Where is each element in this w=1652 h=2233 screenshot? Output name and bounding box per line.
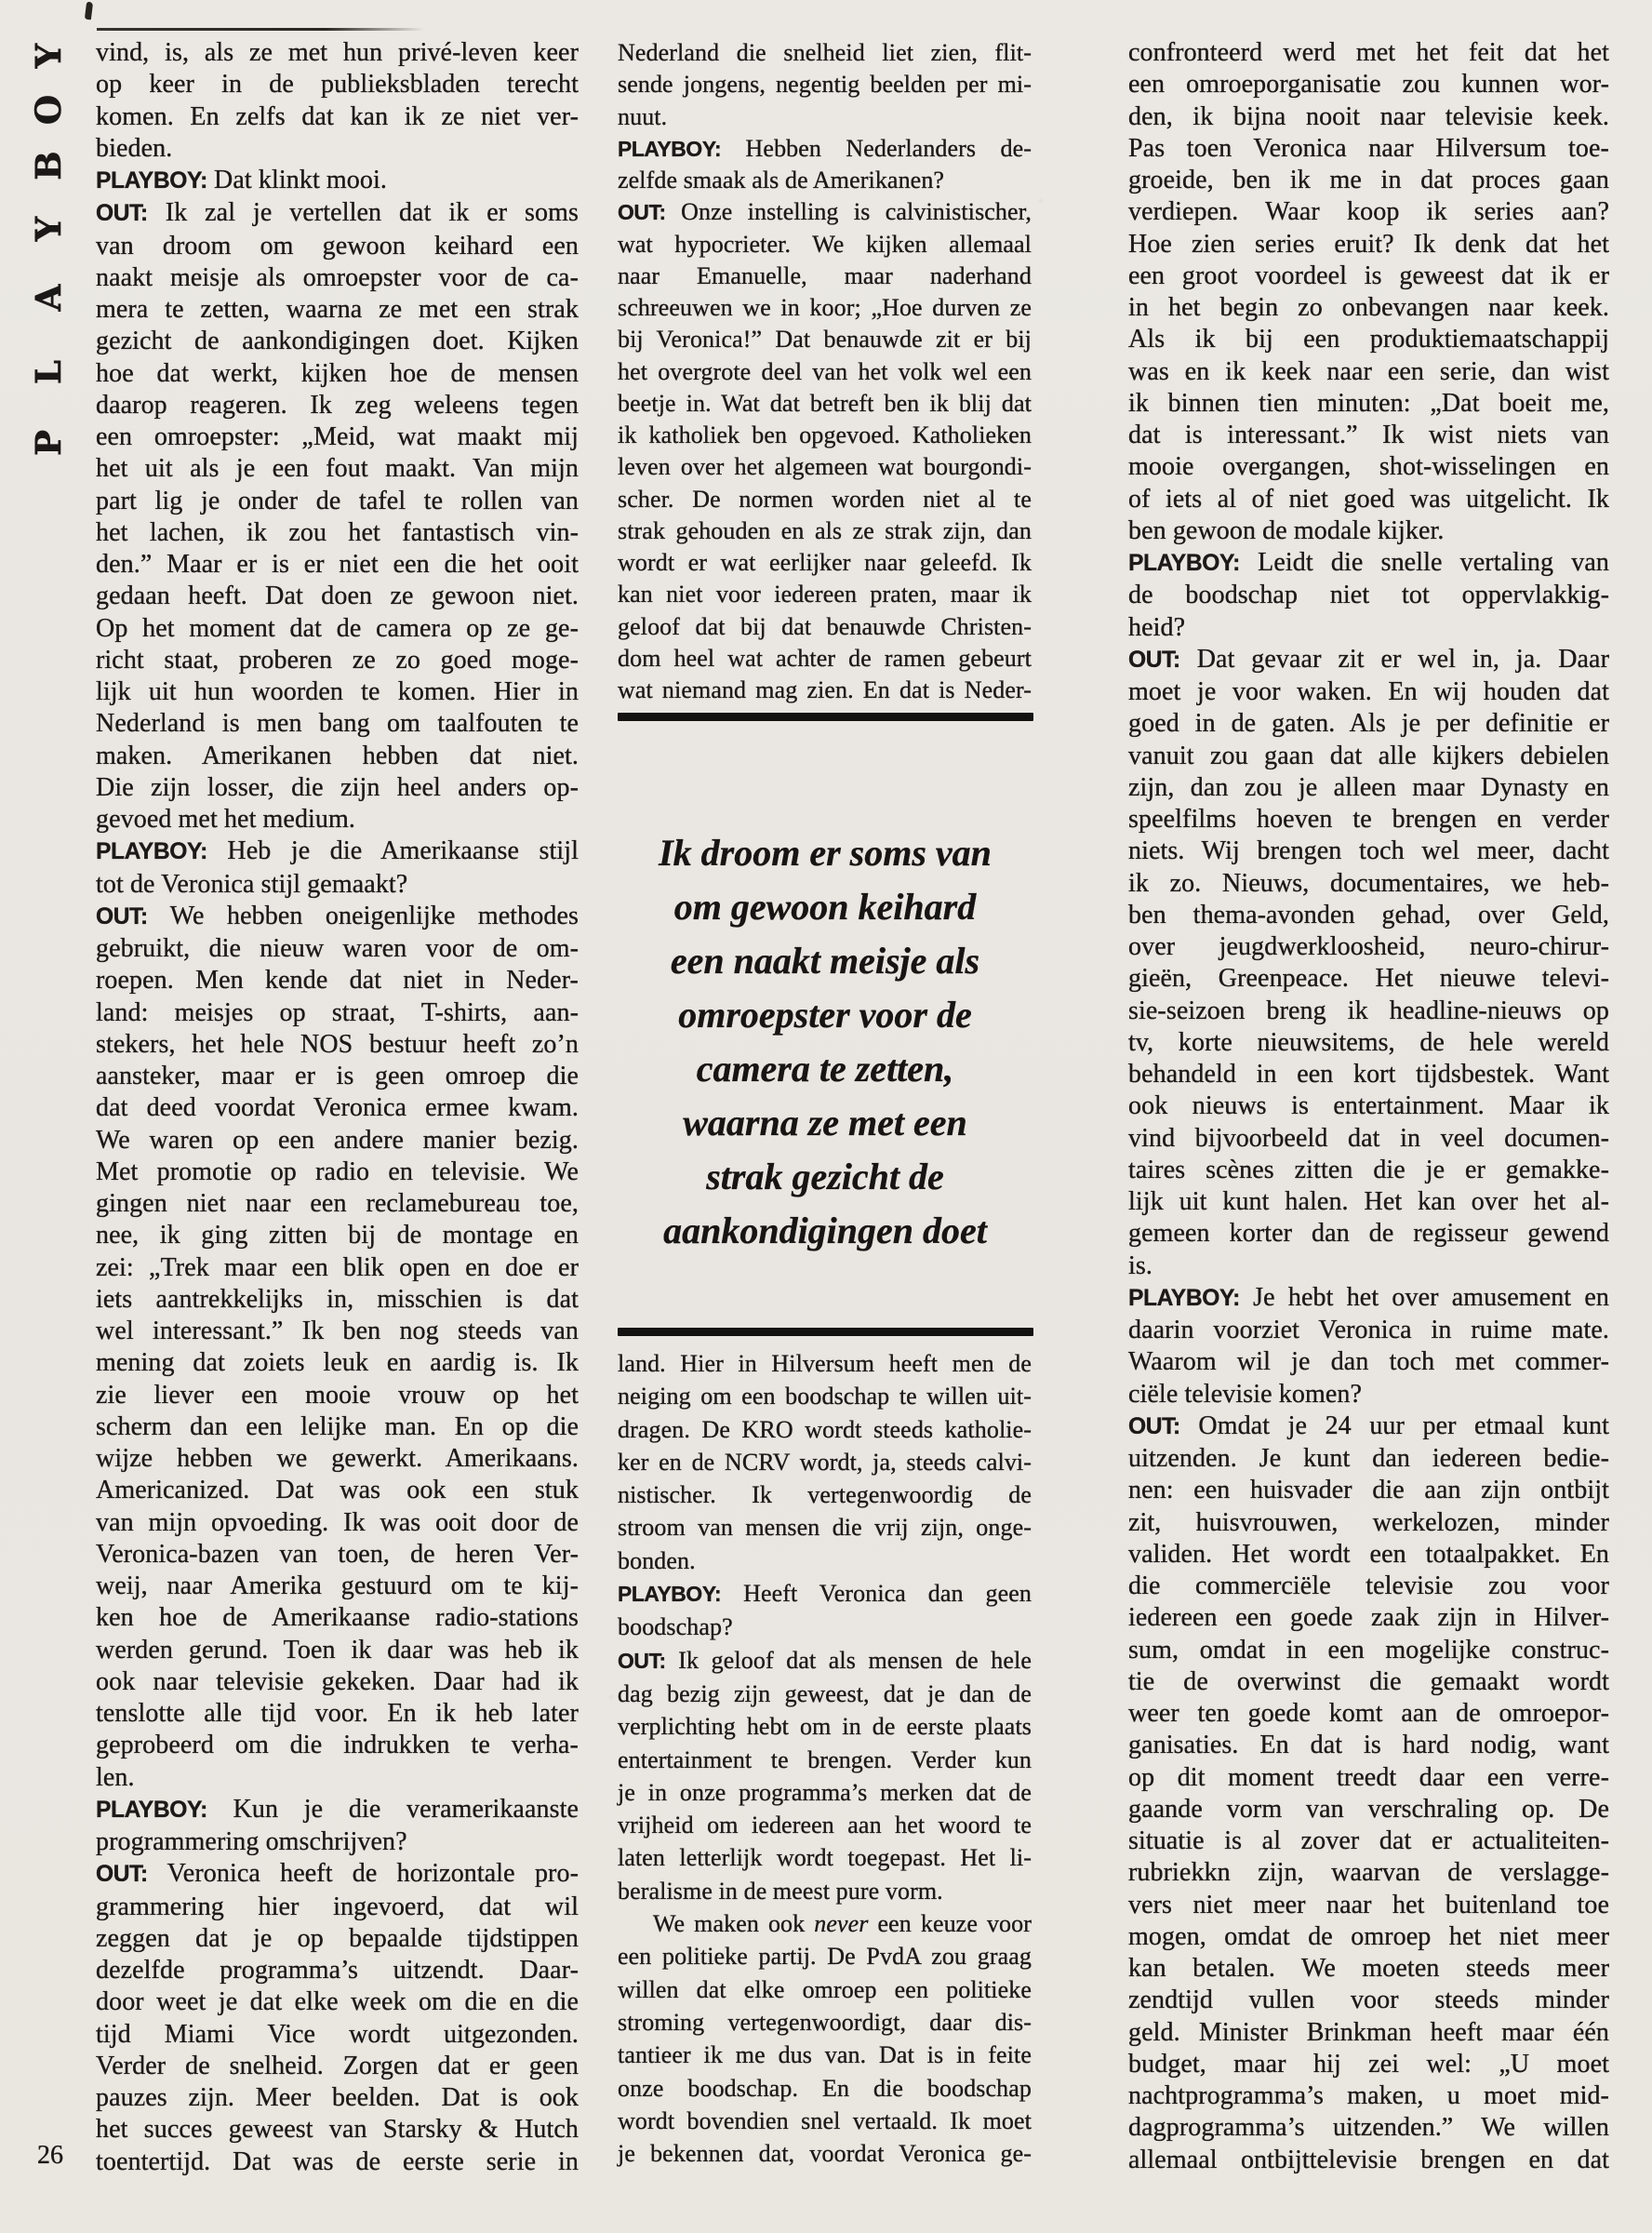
text-line: sum, omdat in een mogelijke construc- xyxy=(1128,1635,1609,1666)
text-line: Veronica-bazen van toen, de heren Ver- xyxy=(96,1539,579,1571)
text-line: boodschap? xyxy=(618,1611,1032,1643)
text-line: mening dat zoiets leuk en aardig is. Ik xyxy=(96,1347,579,1379)
text-line: lijk uit hun woorden te komen. Hier in xyxy=(96,676,579,708)
text-line: behandeld in een kort tijdsbestek. Want xyxy=(1128,1059,1609,1090)
text-line: ker en de NCRV wordt, ja, steeds calvi- xyxy=(618,1446,1032,1478)
text-line: naakt meisje als omroepster voor de ca- xyxy=(96,262,579,294)
text-line: moet je voor waken. En wij houden dat xyxy=(1128,676,1609,708)
speaker-label: PLAYBOY: xyxy=(96,1798,207,1823)
text-line: zendtijd vullen voor steeds minder xyxy=(1128,1985,1609,2016)
page-number: 26 xyxy=(37,2140,63,2172)
text-line: land. Hier in Hilversum heeft men de xyxy=(618,1347,1032,1380)
text-line: PLAYBOY: Heeft Veronica dan geen xyxy=(618,1577,1032,1611)
text-line: een politieke partij. De PvdA zou graag xyxy=(618,1940,1032,1972)
text-line: zelfde smaak als de Amerikanen? xyxy=(618,165,1032,196)
text-line: niets. Wij brengen toch wel meer, dacht xyxy=(1128,836,1609,867)
pull-quote-line: Ik droom er soms van xyxy=(618,826,1032,880)
text-line: die commerciële televisie zou voor xyxy=(1128,1571,1609,1602)
text-line: ben gewoon de modale kijker. xyxy=(1128,515,1609,547)
speaker-label: OUT: xyxy=(1128,1414,1180,1439)
text-line: den, ik bijna nooit naar televisie keek. xyxy=(1128,101,1609,133)
text-line: Waarom wil je dan toch met commer- xyxy=(1128,1346,1609,1378)
text-line: werden gerund. Toen ik daar was heb ik xyxy=(96,1635,579,1666)
text-line: wordt bovendien snel vertaald. Ik moet xyxy=(618,2105,1032,2137)
text-line: bieden. xyxy=(96,133,579,165)
text-line: PLAYBOY: Heb je die Amerikaanse stijl xyxy=(96,836,579,868)
text-line: op keer in de publieksbladen terecht xyxy=(96,69,579,100)
margin-letter: Y xyxy=(22,30,74,82)
text-line: OUT: Dat gevaar zit er wel in, ja. Daar xyxy=(1128,644,1609,676)
text-line: geld. Minister Brinkman heeft maar één xyxy=(1128,2017,1609,2049)
text-line: lijk uit kunt halen. Het kan over het al… xyxy=(1128,1186,1609,1218)
text-line: sie-seizoen breng ik headline-nieuws op xyxy=(1128,996,1609,1027)
text-line: vrijheid om iedereen aan het woord te xyxy=(618,1809,1032,1841)
text-line: stroming vertegenwoordigt, daar dis- xyxy=(618,2006,1032,2039)
text-line: kan niet voor iedereen praten, maar ik xyxy=(618,579,1032,610)
text-line: goed in de gaten. Als je per definitie e… xyxy=(1128,708,1609,740)
text-line: gevoed met het medium. xyxy=(96,804,579,836)
speaker-label: OUT: xyxy=(1128,648,1180,673)
speaker-label: OUT: xyxy=(96,201,148,226)
text-line: part lig je onder de tafel te rollen van xyxy=(96,486,579,517)
text-line: mera te zetten, waarna ze met een strak xyxy=(96,294,579,326)
margin-letter: P xyxy=(22,417,74,469)
text-line: zijn, dan zou je alleen maar Dynasty en xyxy=(1128,772,1609,804)
text-line: scher. De normen worden niet al te xyxy=(618,484,1032,515)
text-line: tot de Veronica stijl gemaakt? xyxy=(96,869,579,901)
speaker-label: PLAYBOY: xyxy=(1128,1286,1240,1311)
text-line: gaande vorm van verschraling op. De xyxy=(1128,1794,1609,1825)
text-line: situatie is al zover dat er actualiteite… xyxy=(1128,1825,1609,1857)
text-line: tenslotte alle tijd voor. En ik heb late… xyxy=(96,1698,579,1730)
text-line: groeide, ben ik me in dat proces gaan xyxy=(1128,165,1609,196)
text-line: OUT: Onze instelling is calvinistischer, xyxy=(618,196,1032,228)
text-line: het lachen, ik zou het fantastisch vin- xyxy=(96,517,579,549)
text-line: tie de overwinst die gemaakt wordt xyxy=(1128,1666,1609,1698)
text-line: Die zijn losser, die zijn heel anders op… xyxy=(96,772,579,804)
text-line: sende jongens, negentig beelden per mi- xyxy=(618,69,1032,100)
text-line: je bekennen dat, voordat Veronica ge- xyxy=(618,2137,1032,2170)
speaker-label: PLAYBOY: xyxy=(618,137,721,161)
speaker-label: OUT: xyxy=(96,904,148,929)
margin-letter: B xyxy=(22,140,74,192)
text-line: Pas toen Veronica naar Hilversum toe- xyxy=(1128,133,1609,165)
text-line: ik binnen tien minuten: „Dat boeit me, xyxy=(1128,388,1609,420)
text-line: ik zo. Nieuws, documentaires, we heb- xyxy=(1128,868,1609,900)
text-line: strak gehouden en als ze strak zijn, dan xyxy=(618,515,1032,547)
text-line: dat is interessant.” Ik wist niets van xyxy=(1128,420,1609,451)
text-line: mogen, omdat de omroep het niet meer xyxy=(1128,1921,1609,1953)
text-line: wijze hebben we gewerkt. Amerikaans. xyxy=(96,1443,579,1475)
pull-quote-line: strak gezicht de xyxy=(618,1150,1032,1204)
speaker-label: OUT: xyxy=(618,1649,666,1673)
text-line: dom heel wat achter de ramen gebeurt xyxy=(618,643,1032,675)
speaker-label: PLAYBOY: xyxy=(618,1582,721,1606)
text-line: tijd Miami Vice wordt uitgezonden. xyxy=(96,2019,579,2051)
text-line: OUT: Ik zal je vertellen dat ik er soms xyxy=(96,197,579,230)
text-line: schreeuwen we in koor; „Hoe durven ze xyxy=(618,292,1032,324)
pull-quote-line: een naakt meisje als xyxy=(618,934,1032,988)
text-line: roepen. Men kende dat niet in Neder- xyxy=(96,965,579,996)
text-line: nen: een huisvader die aan zijn ontbijt xyxy=(1128,1475,1609,1506)
text-line: daarin voorziet Veronica in ruime mate. xyxy=(1128,1315,1609,1346)
margin-letter: O xyxy=(22,84,74,136)
text-line: iets aantrekkelijks in, misschien is dat xyxy=(96,1284,579,1316)
text-line: gingen niet naar een reclamebureau toe, xyxy=(96,1188,579,1220)
text-line: taires scènes zitten die je er gemakke- xyxy=(1128,1155,1609,1186)
text-column-1: vind, is, als ze met hun privé-leven kee… xyxy=(96,37,579,2178)
text-line: stroom van mensen die vrij zijn, onge- xyxy=(618,1511,1032,1544)
text-line: nachtprogramma’s maken, u moet mid- xyxy=(1128,2080,1609,2112)
text-line: ook naar televisie gekeken. Daar had ik xyxy=(96,1666,579,1698)
text-line: confronteerd werd met het feit dat het xyxy=(1128,37,1609,69)
text-line: Nederland is men bang om taalfouten te xyxy=(96,708,579,740)
text-line: gemeen korter dan de regisseur gewend xyxy=(1128,1218,1609,1250)
text-line: Nederland die snelheid liet zien, flit- xyxy=(618,37,1032,69)
text-column-3: confronteerd werd met het feit dat hetee… xyxy=(1128,37,1609,2176)
vertical-magazine-title: YOBYALP xyxy=(22,0,74,521)
scan-artifact-mark xyxy=(85,2,93,20)
text-line: OUT: Ik geloof dat als mensen de hele xyxy=(618,1644,1032,1678)
speaker-label: PLAYBOY: xyxy=(96,839,207,864)
pull-quote-line: camera te zetten, xyxy=(618,1042,1032,1096)
text-line: in het begin zo onbevangen naar keek. xyxy=(1128,292,1609,324)
text-line: grammering hier ingevoerd, dat wil xyxy=(96,1892,579,1923)
text-line: gezicht de aankondigingen doet. Kijken xyxy=(96,326,579,357)
margin-letter: Y xyxy=(22,203,74,255)
text-line: len. xyxy=(96,1762,579,1794)
text-column-2-upper: Nederland die snelheid liet zien, flit-s… xyxy=(618,37,1032,706)
text-line: het uit als je een fout maakt. Van mijn xyxy=(96,453,579,485)
text-line: OUT: Veronica heeft de horizontale pro- xyxy=(96,1858,579,1891)
text-line: dagprogramma’s uitzenden.” We willen xyxy=(1128,2112,1609,2144)
text-line: een omroepster: „Meid, wat maakt mij xyxy=(96,421,579,453)
text-line: naar Emanuelle, maar naderhand xyxy=(618,261,1032,292)
text-line: daarop reageren. Ik zeg weleens tegen xyxy=(96,390,579,421)
speaker-label: PLAYBOY: xyxy=(96,168,207,194)
text-line: ken hoe de Amerikaanse radio-stations xyxy=(96,1602,579,1634)
text-line: wat niemand mag zien. En dat is Neder- xyxy=(618,675,1032,706)
text-line: uitzenden. Je kunt dan iedereen bedie- xyxy=(1128,1443,1609,1475)
text-line: ben thema-avonden gehad, over Geld, xyxy=(1128,900,1609,931)
text-line: toentertijd. Dat was de eerste serie in xyxy=(96,2146,579,2178)
speaker-label: PLAYBOY: xyxy=(1128,551,1240,576)
text-line: Verder de snelheid. Zorgen dat er geen xyxy=(96,2051,579,2082)
text-column-2-lower: land. Hier in Hilversum heeft men deneig… xyxy=(618,1347,1032,2170)
text-line: gieën, Greenpeace. Het nieuwe televi- xyxy=(1128,963,1609,995)
text-line: kan betalen. We moeten steeds meer xyxy=(1128,1953,1609,1985)
scan-artifact-line xyxy=(97,28,424,31)
text-line: of iets al of niet goed was uitgelicht. … xyxy=(1128,484,1609,515)
pull-quote-top-rule xyxy=(618,713,1033,721)
text-line: bij Veronica!” Dat benauwde zit er bij xyxy=(618,324,1032,355)
text-line: budget, maar hij zei wel: „U moet xyxy=(1128,2049,1609,2080)
text-line: gedaan heeft. Dat doen ze gewoon niet. xyxy=(96,581,579,612)
text-line: verplichting hebt om in de eerste plaats xyxy=(618,1710,1032,1743)
text-line: je in onze programma’s merken dat de xyxy=(618,1776,1032,1809)
text-line: tantieer ik me dus van. Dat is in feite xyxy=(618,2039,1032,2071)
text-line: PLAYBOY: Leidt die snelle vertaling van xyxy=(1128,547,1609,580)
pull-quote-bottom-rule xyxy=(618,1328,1033,1336)
text-line: dat deed voordat Veronica ermee kwam. xyxy=(96,1092,579,1124)
text-line: beetje in. Wat dat betreft ben ik blij d… xyxy=(618,388,1032,420)
text-line: nistischer. Ik vertegenwoordig de xyxy=(618,1478,1032,1511)
text-line: We maken ook never een keuze voor xyxy=(618,1907,1032,1940)
text-line: zit, huisvrouwen, werkelozen, minder xyxy=(1128,1507,1609,1539)
text-line: programmering omschrijven? xyxy=(96,1826,579,1858)
text-line: ik katholiek ben opgevoed. Katholieken xyxy=(618,420,1032,451)
speaker-label: OUT: xyxy=(618,200,666,224)
text-line: Americanized. Dat was ook een stuk xyxy=(96,1475,579,1506)
text-line: ciële televisie komen? xyxy=(1128,1379,1609,1411)
text-line: beralisme in de meest pure vorm. xyxy=(618,1875,1032,1907)
text-line: nee, ik ging zitten bij de montage en xyxy=(96,1220,579,1251)
text-line: mooie overgangen, shot-wisselingen en xyxy=(1128,451,1609,483)
text-line: den.” Maar er is er niet een die het ooi… xyxy=(96,549,579,581)
text-line: OUT: Omdat je 24 uur per etmaal kunt xyxy=(1128,1411,1609,1443)
text-line: een groot voordeel is geweest dat ik er xyxy=(1128,261,1609,292)
text-line: komen. En zelfs dat kan ik ze niet ver- xyxy=(96,101,579,133)
text-line: vanuit zou gaan dat alle kijkers debiele… xyxy=(1128,741,1609,772)
pull-quote: Ik droom er soms vanom gewoon keihardeen… xyxy=(618,826,1032,1258)
text-line: weij, naar Amerika gestuurd om te kij- xyxy=(96,1571,579,1602)
text-line: laten letterlijk wordt toegepast. Het li… xyxy=(618,1841,1032,1874)
text-line: een omroeporganisatie zou kunnen wor- xyxy=(1128,69,1609,100)
text-line: bonden. xyxy=(618,1544,1032,1577)
text-line: ganisaties. En dat is hard nodig, want xyxy=(1128,1730,1609,1761)
text-line: iedereen een goede zaak zijn in Hilver- xyxy=(1128,1602,1609,1634)
pull-quote-line: waarna ze met een xyxy=(618,1096,1032,1150)
text-line: was en ik keek naar een serie, dan wist xyxy=(1128,356,1609,388)
text-line: hoe dat werkt, kijken hoe de mensen xyxy=(96,358,579,390)
text-line: heid? xyxy=(1128,612,1609,644)
text-line: gebruikt, die nieuw waren voor de om- xyxy=(96,933,579,965)
text-line: vind bijvoorbeeld dat in veel documen- xyxy=(1128,1123,1609,1155)
text-line: dezelfde programma’s uitzendt. Daar- xyxy=(96,1955,579,1986)
text-line: aansteker, maar er is geen omroep die xyxy=(96,1061,579,1092)
text-line: leven over het algemeen wat bourgondi- xyxy=(618,451,1032,483)
text-line: wat hypocrieter. We kijken allemaal xyxy=(618,229,1032,261)
text-line: van droom om gewoon keihard een xyxy=(96,231,579,262)
pull-quote-line: aankondigingen doet xyxy=(618,1204,1032,1258)
text-line: OUT: We hebben oneigenlijke methodes xyxy=(96,901,579,933)
text-line: neiging om een boodschap te willen uit- xyxy=(618,1380,1032,1412)
text-line: geloof dat bij dat benauwde Christen- xyxy=(618,611,1032,643)
text-line: speelfilms hoeven te brengen en verder xyxy=(1128,804,1609,836)
margin-letter: L xyxy=(22,346,74,398)
text-line: dragen. De KRO wordt steeds katholie- xyxy=(618,1413,1032,1446)
text-line: nuut. xyxy=(618,101,1032,133)
text-line: zeggen dat je op bepaalde tijdstippen xyxy=(96,1923,579,1955)
text-line: verdiepen. Waar koop ik series aan? xyxy=(1128,196,1609,228)
text-line: willen dat elke omroep een politieke xyxy=(618,1973,1032,2006)
text-line: tv, korte nieuwsitems, de hele wereld xyxy=(1128,1027,1609,1059)
text-line: entertainment te brengen. Verder kun xyxy=(618,1744,1032,1776)
text-line: het overgrote deel van het volk wel een xyxy=(618,356,1032,388)
text-line: richt staat, proberen ze zo goed moge- xyxy=(96,645,579,676)
magazine-page: YOBYALP vind, is, als ze met hun privé-l… xyxy=(0,0,1652,2233)
speaker-label: OUT: xyxy=(96,1862,148,1887)
text-line: Met promotie op radio en televisie. We xyxy=(96,1157,579,1188)
text-line: PLAYBOY: Kun je die veramerikaanste xyxy=(96,1794,579,1826)
text-line: op dit moment treedt daar een verre- xyxy=(1128,1762,1609,1794)
text-line: Als ik bij een produktiemaatschappij xyxy=(1128,324,1609,355)
text-line: Op het moment dat de camera op ze ge- xyxy=(96,613,579,645)
text-line: scherm dan een lelijke man. En op die xyxy=(96,1411,579,1443)
text-line: weer ten goede komt aan de omroepor- xyxy=(1128,1698,1609,1730)
margin-letter: A xyxy=(22,272,74,324)
text-line: vers niet meer naar het buitenland toe xyxy=(1128,1890,1609,1921)
text-line: stekers, het hele NOS bestuur heeft zo’n xyxy=(96,1029,579,1061)
text-line: rubriekkn zijn, waarvan de verslagge- xyxy=(1128,1857,1609,1889)
pull-quote-line: omroepster voor de xyxy=(618,988,1032,1042)
pull-quote-line: om gewoon keihard xyxy=(618,880,1032,934)
text-line: wordt er wat eerlijker naar geleefd. Ik xyxy=(618,547,1032,579)
text-line: van mijn opvoeding. Ik was ooit door de xyxy=(96,1507,579,1539)
text-line: PLAYBOY: Dat klinkt mooi. xyxy=(96,165,579,197)
text-line: dag bezig zijn geweest, dat je dan de xyxy=(618,1678,1032,1710)
text-line: PLAYBOY: Je hebt het over amusement en xyxy=(1128,1282,1609,1315)
text-line: is. xyxy=(1128,1250,1609,1282)
text-line: land: meisjes op straat, T-shirts, aan- xyxy=(96,997,579,1029)
text-line: onze boodschap. En die boodschap xyxy=(618,2072,1032,2105)
text-line: wel interessant.” Ik ben nog steeds van xyxy=(96,1316,579,1347)
text-line: door weet je dat elke week om die en die xyxy=(96,1986,579,2018)
text-line: zie liever een mooie vrouw op het xyxy=(96,1380,579,1411)
text-line: PLAYBOY: Hebben Nederlanders de- xyxy=(618,133,1032,165)
text-line: over jeugdwerkloosheid, neuro-chirur- xyxy=(1128,931,1609,963)
text-line: pauzes zijn. Meer beelden. Dat is ook xyxy=(96,2082,579,2114)
text-line: maken. Amerikanen hebben dat niet. xyxy=(96,741,579,772)
text-line: het succes geweest van Starsky & Hutch xyxy=(96,2114,579,2146)
text-line: Hoe zien series eruit? Ik denk dat het xyxy=(1128,229,1609,261)
text-line: allemaal ontbijttelevisie brengen en dat xyxy=(1128,2145,1609,2176)
text-line: validen. Het wordt een totaalpakket. En xyxy=(1128,1539,1609,1571)
text-line: geprobeerd om die indrukken te verha- xyxy=(96,1730,579,1761)
text-line: vind, is, als ze met hun privé-leven kee… xyxy=(96,37,579,69)
text-line: de boodschap niet tot oppervlakkig- xyxy=(1128,580,1609,611)
text-line: ook nieuws is entertainment. Maar ik xyxy=(1128,1090,1609,1122)
text-line: We waren op een andere manier bezig. xyxy=(96,1125,579,1157)
text-line: zei: „Trek maar een blik open en doe er xyxy=(96,1252,579,1284)
